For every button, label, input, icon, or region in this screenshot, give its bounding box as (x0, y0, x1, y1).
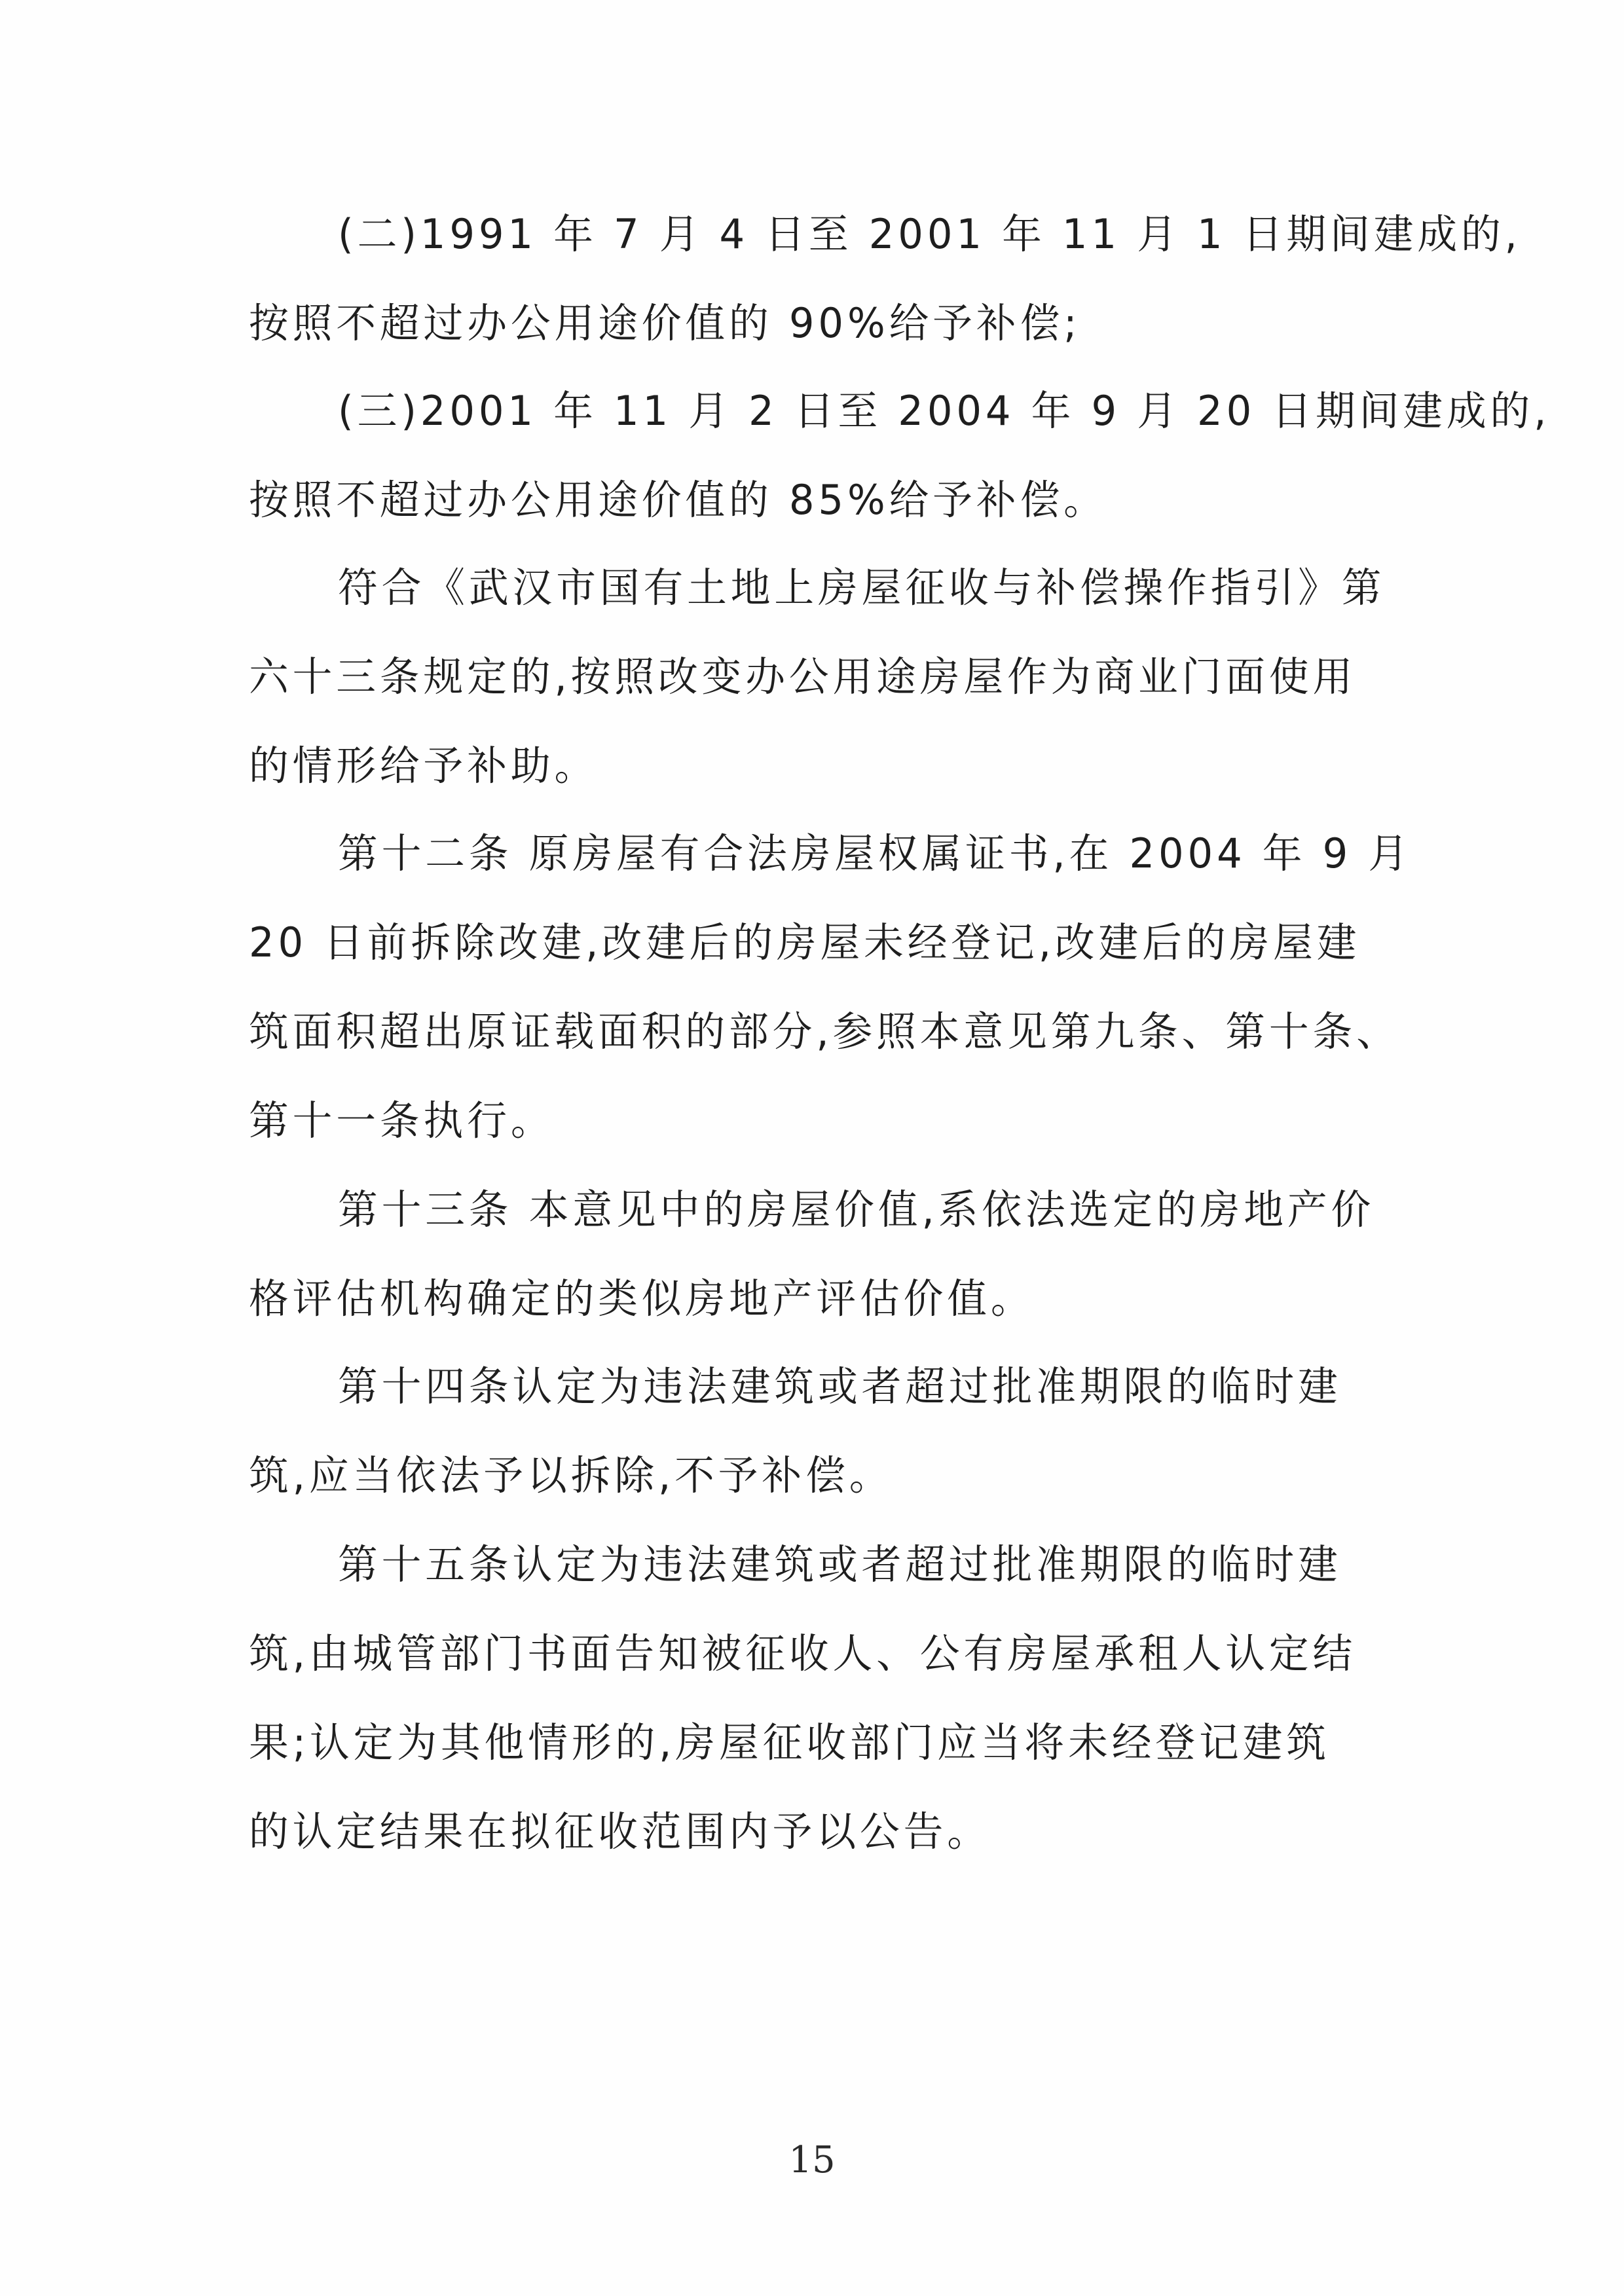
paragraph-guideline-line-3: 的情形给予补助。 (249, 740, 598, 792)
page-number: 15 (0, 2138, 1624, 2183)
paragraph-item-3-line-2: 按照不超过办公用途价值的 85%给予补偿。 (249, 474, 1107, 526)
article-12-line-3: 筑面积超出原证载面积的部分,参照本意见第九条、第十条、 (249, 1006, 1400, 1058)
paragraph-guideline-line-2: 六十三条规定的,按照改变办公用途房屋作为商业门面使用 (249, 651, 1356, 703)
article-15-line-1: 第十五条认定为违法建筑或者超过批准期限的临时建 (338, 1539, 1342, 1591)
article-15-line-2: 筑,由城管部门书面告知被征收人、公有房屋承租人认定结 (249, 1628, 1356, 1680)
paragraph-guideline-line-1: 符合《武汉市国有土地上房屋征收与补偿操作指引》第 (338, 562, 1385, 614)
article-13-line-2: 格评估机构确定的类似房地产评估价值。 (249, 1273, 1035, 1325)
article-14-line-2: 筑,应当依法予以拆除,不予补偿。 (249, 1449, 893, 1502)
paragraph-item-2-line-2: 按照不超过办公用途价值的 90%给予补偿; (249, 297, 1080, 350)
document-page: (二)1991 年 7 月 4 日至 2001 年 11 月 1 日期间建成的,… (0, 0, 1624, 2296)
paragraph-item-2-line-1: (二)1991 年 7 月 4 日至 2001 年 11 月 1 日期间建成的, (338, 208, 1521, 261)
article-12-line-4: 第十一条执行。 (249, 1095, 554, 1147)
article-14-line-1: 第十四条认定为违法建筑或者超过批准期限的临时建 (338, 1360, 1342, 1413)
article-12-line-1: 第十二条 原房屋有合法房屋权属证书,在 2004 年 9 月 (338, 828, 1412, 880)
article-13-line-1: 第十三条 本意见中的房屋价值,系依法选定的房地产价 (338, 1184, 1375, 1236)
paragraph-item-3-line-1: (三)2001 年 11 月 2 日至 2004 年 9 月 20 日期间建成的… (338, 385, 1550, 437)
article-15-line-4: 的认定结果在拟征收范围内予以公告。 (249, 1806, 991, 1858)
article-12-line-2: 20 日前拆除改建,改建后的房屋未经登记,改建后的房屋建 (249, 917, 1360, 969)
article-15-line-3: 果;认定为其他情形的,房屋征收部门应当将未经登记建筑 (249, 1717, 1330, 1769)
